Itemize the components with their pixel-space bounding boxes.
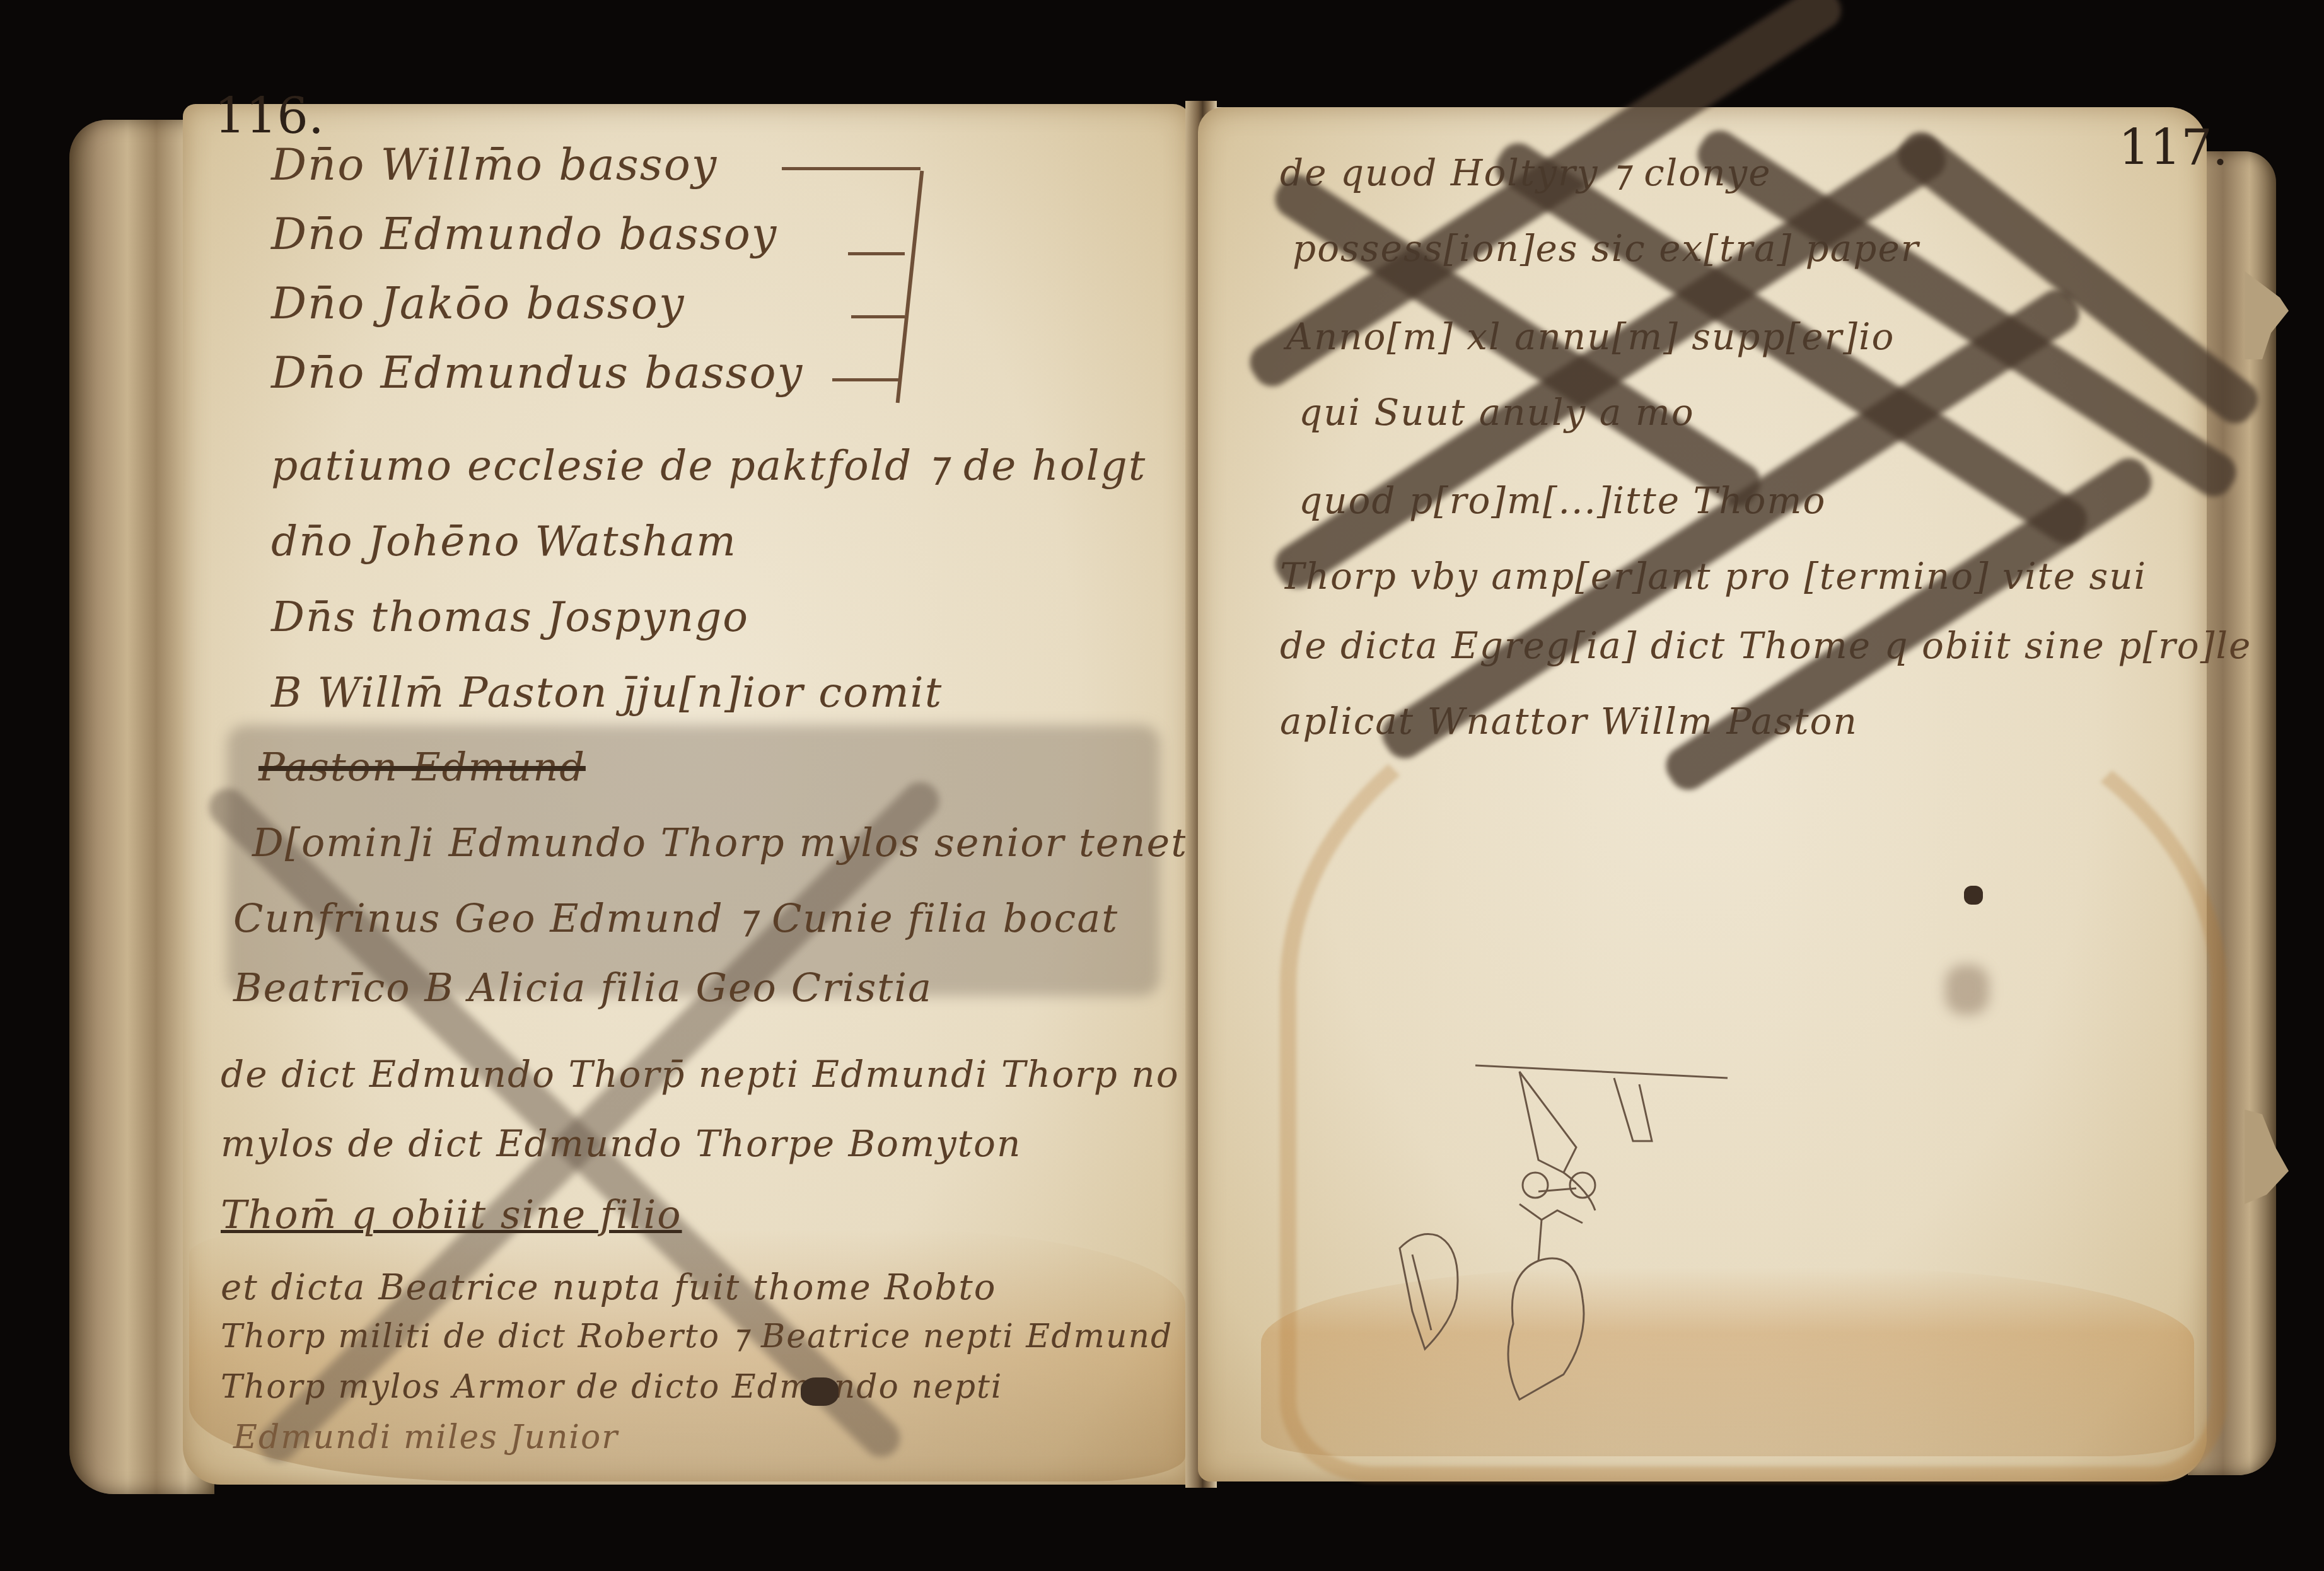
text-line: Beatrīco B Alicia filia Geo Cristia bbox=[233, 965, 933, 1011]
text-line: Dn̄o Edmundo bassoy bbox=[271, 208, 777, 260]
struck-text-line: Paston Edmund bbox=[259, 744, 586, 790]
text-line: Thorp militi de dict Roberto ⁊ Beatrice … bbox=[221, 1318, 1173, 1355]
ink-blot bbox=[801, 1377, 839, 1406]
bracket-tick bbox=[851, 315, 905, 318]
underlined-text-line: Thom̄ q obiit sine filio bbox=[221, 1191, 682, 1238]
manuscript-photo: 116. Dn̄o Willm̄o bassoy Dn̄o Edmundo ba… bbox=[0, 0, 2324, 1571]
stain-spot bbox=[1945, 965, 1989, 1015]
text-line: de dict Edmundo Thorp̄ nepti Edmundi Tho… bbox=[221, 1053, 1180, 1096]
text-line: Dn̄o Willm̄o bassoy bbox=[271, 139, 718, 190]
text-line: B Willm̄ Paston j̄ju[n]ior comit bbox=[271, 668, 943, 717]
text-line: Cunfrinus Geo Edmund ⁊ Cunie filia bocat bbox=[233, 895, 1118, 941]
text-line: Dn̄s thomas Jospyngo bbox=[271, 593, 749, 641]
text-line: patiumo ecclesie de paktfold ⁊ de holgt bbox=[271, 441, 1146, 490]
bracket-tick bbox=[832, 378, 902, 381]
text-line: dn̄o Johēno Watsham bbox=[271, 517, 737, 565]
text-line: et dicta Beatrice nupta fuit thome Robto bbox=[221, 1267, 996, 1308]
text-line: mylos de dict Edmundo Thorpe Bomyton bbox=[221, 1122, 1021, 1165]
bracket-tick bbox=[848, 252, 905, 255]
text-line: Edmundi miles Junior bbox=[233, 1418, 619, 1456]
text-line: Thorp mylos Armor de dicto Edmundo nepti bbox=[221, 1368, 1003, 1406]
ink-spot bbox=[1964, 886, 1983, 905]
folio-number-right: 117. bbox=[2118, 120, 2228, 177]
text-line: Dn̄o Edmundus bassoy bbox=[271, 347, 803, 398]
folio-number-left: 116. bbox=[214, 88, 324, 145]
text-line: Dn̄o Jakōo bassoy bbox=[271, 277, 685, 329]
bracket-tick bbox=[782, 167, 921, 170]
text-line: D[omin]i Edmundo Thorp mylos senior tene… bbox=[252, 820, 1188, 866]
figure-sketch-icon bbox=[1374, 1046, 1816, 1425]
text-line: de dicta Egreg[ia] dict Thome q obiit si… bbox=[1280, 624, 2251, 667]
